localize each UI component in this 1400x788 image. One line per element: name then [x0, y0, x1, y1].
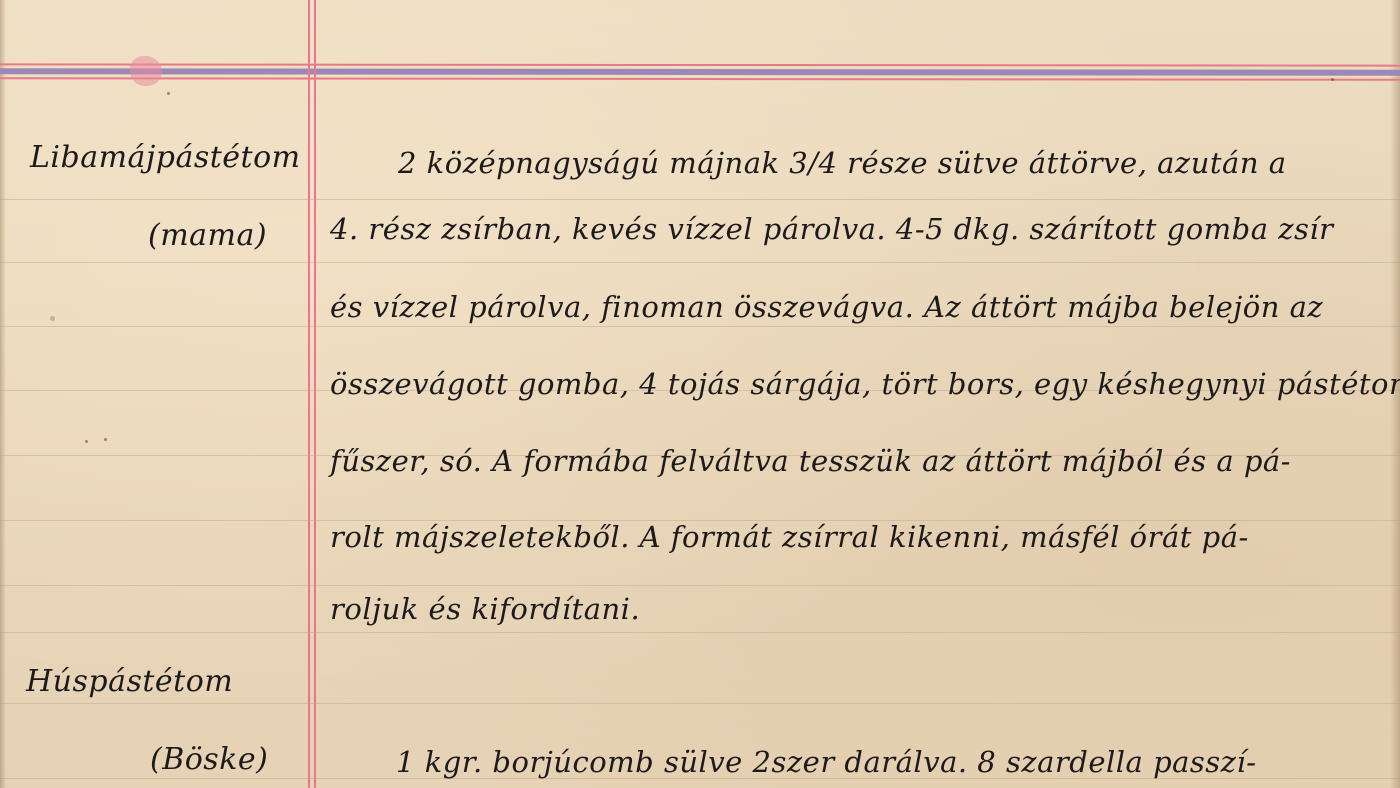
- paper-speck: [85, 440, 88, 443]
- notebook-page: Libamájpástétom (mama) 2 középnagyságú m…: [0, 0, 1400, 788]
- ruled-line: [0, 632, 1400, 633]
- paper-speck: [1331, 78, 1334, 81]
- recipe-line: roljuk és kifordítani.: [330, 592, 1370, 626]
- recipe-line: rolt májszeletekből. A formát zsírral ki…: [330, 520, 1370, 554]
- recipe-title: Libamájpástétom: [30, 140, 301, 175]
- ruled-line: [0, 262, 1400, 263]
- recipe-line: 2 középnagyságú májnak 3/4 része sütve á…: [398, 146, 1400, 180]
- ruled-line: [0, 326, 1400, 327]
- recipe-line: 1 kgr. borjúcomb sülve 2szer darálva. 8 …: [396, 745, 1400, 779]
- recipe-source: (mama): [148, 218, 267, 253]
- paper-speck: [104, 438, 107, 441]
- recipe-title: Húspástétom: [26, 664, 233, 699]
- paper-speck: [50, 316, 55, 321]
- recipe-line: és vízzel párolva, finoman összevágva. A…: [330, 290, 1370, 324]
- margin-red-line-right: [314, 0, 316, 788]
- header-red-line-top: [0, 63, 1400, 66]
- paper-speck: [167, 92, 170, 95]
- ruled-line: [0, 199, 1400, 200]
- header-rule-band: [0, 64, 1400, 84]
- recipe-source: (Böske): [150, 742, 268, 777]
- recipe-line: összevágott gomba, 4 tojás sárgája, tört…: [330, 367, 1370, 401]
- binding-edge: [0, 0, 6, 788]
- ruled-line: [0, 585, 1400, 586]
- header-purple-line: [0, 68, 1400, 75]
- header-red-line-bottom: [0, 77, 1400, 80]
- recipe-line: 4. rész zsírban, kevés vízzel párolva. 4…: [330, 212, 1370, 246]
- ruled-line: [0, 703, 1400, 704]
- margin-red-line-left: [308, 0, 310, 788]
- recipe-line: fűszer, só. A formába felváltva tesszük …: [330, 444, 1370, 478]
- pink-ink-blot: [130, 56, 162, 86]
